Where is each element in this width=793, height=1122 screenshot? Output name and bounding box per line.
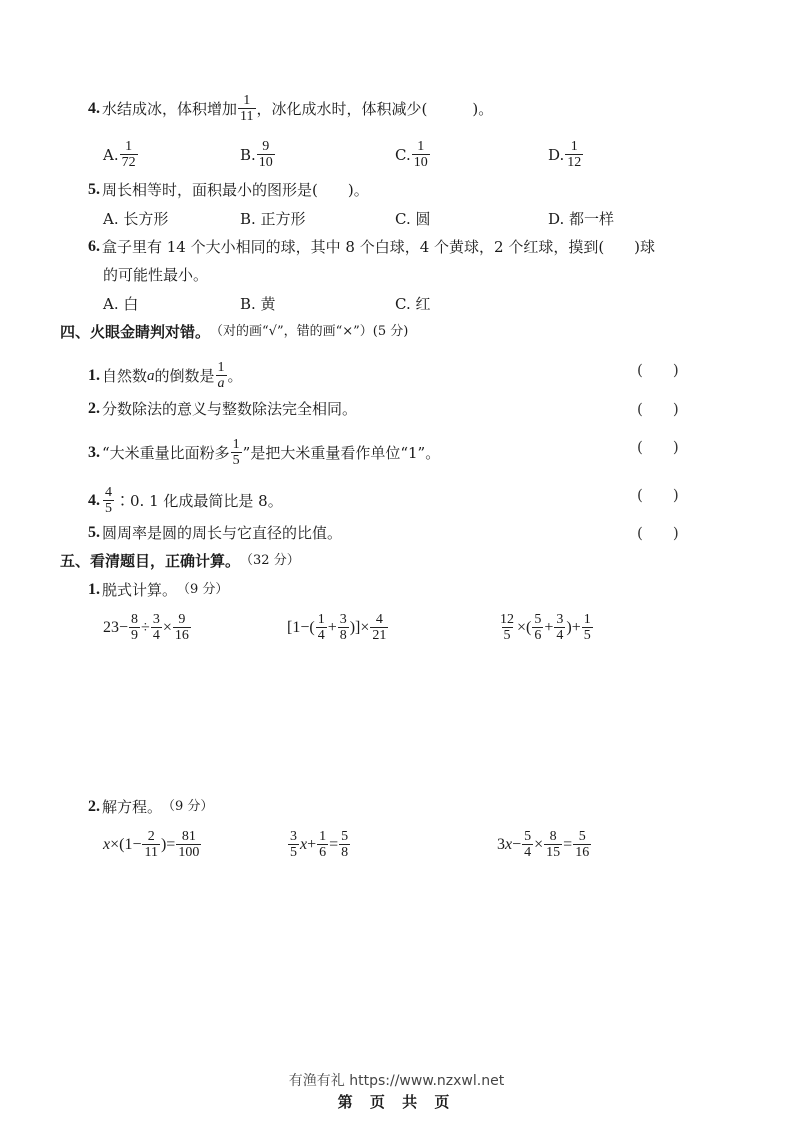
q4-option-a: A. 172 [103,139,139,170]
answer-blank-2[interactable]: ( ) [637,399,679,419]
question-4: 4. 水结成冰，体积增加 1 11 ，冰化成水时，体积减少( )。 [88,93,493,124]
section-4-heading: 四、火眼金睛判对错。 （对的画“√”，错的画“×”）(5 分) [60,322,408,342]
q6-option-c: C. 红 [395,294,430,314]
page-number: 第 页 共 页 [0,1091,793,1112]
q4-option-d: D. 112 [548,139,584,170]
answer-blank-4[interactable]: ( ) [637,485,679,505]
equation-2: 35x+16=58 [287,829,351,860]
equation-3: 3x−54×815=516 [497,829,592,860]
judge-item-2: 2. 分数除法的意义与整数除法完全相同。 [88,399,357,419]
judge-item-1: 1. 自然数 a 的倒数是 1a 。 [88,360,243,391]
q5-option-d: D. 都一样 [548,209,614,229]
question-6: 6. 盒子里有 14 个大小相同的球，其中 8 个白球，4 个黄球，2 个红球，… [88,237,655,257]
q5-option-c: C. 圆 [395,209,430,229]
q4-option-b: B. 910 [240,139,276,170]
q6-option-b: B. 黄 [240,294,276,314]
q4-option-c: C. 110 [395,139,431,170]
judge-item-4: 4. 45 ∶0. 1 化成最简比是 8。 [88,485,283,516]
equation-1: x×(1−211)=81100 [103,829,202,860]
judge-item-5: 5. 圆周率是圆的周长与它直径的比值。 [88,523,342,543]
expression-3: 125×(56+34)+15 [497,612,594,643]
watermark: 有渔有礼 https://www.nzxwl.net [0,1070,793,1090]
question-6-line2: 的可能性最小。 [103,265,208,285]
q6-option-a: A. 白 [103,294,138,314]
q5-option-b: B. 正方形 [240,209,306,229]
part-2-heading: 2. 解方程。 （9 分） [88,797,213,817]
q5-option-a: A. 长方形 [103,209,168,229]
question-5: 5. 周长相等时，面积最小的图形是( )。 [88,180,369,200]
answer-blank-5[interactable]: ( ) [637,523,679,543]
expression-1: 23−89÷34×916 [103,612,192,643]
fraction: 1 11 [238,93,255,124]
judge-item-3: 3. “大米重量比面粉多 15 ”是把大米重量看作单位“1”。 [88,437,440,468]
section-5-heading: 五、看清题目，正确计算。 （32 分） [60,551,300,571]
part-1-heading: 1. 脱式计算。 （9 分） [88,580,228,600]
answer-blank-3[interactable]: ( ) [637,437,679,457]
answer-blank-1[interactable]: ( ) [637,360,679,380]
expression-2: [1−(14+38)]×421 [287,612,389,643]
